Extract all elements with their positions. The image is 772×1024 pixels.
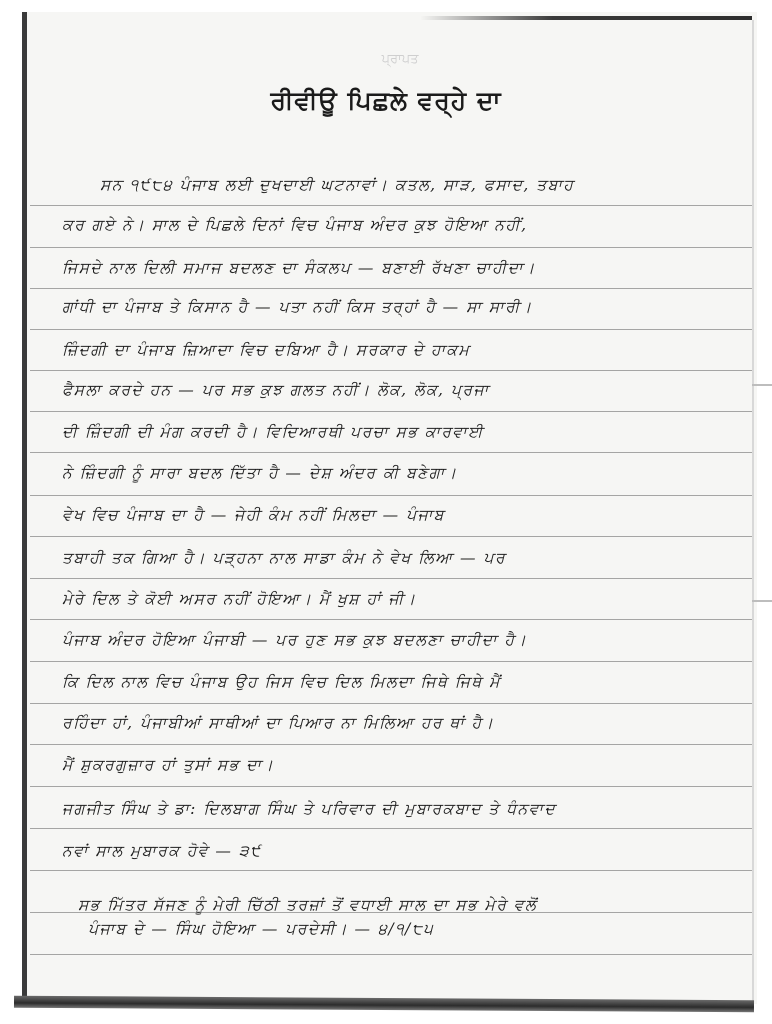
document-title: ਰੀਵੀਊ ਪਿਛਲੇ ਵਰ੍ਹੇ ਦਾ <box>0 86 772 116</box>
ruled-line <box>30 954 752 955</box>
ruled-line <box>30 661 752 662</box>
handwritten-line: ਕਰ ਗਏ ਨੇ। ਸਾਲ ਦੇ ਪਿਛਲੇ ਦਿਨਾਂ ਵਿਚ ਪੰਜਾਬ ਅ… <box>62 216 752 235</box>
handwritten-line: ਸਨ ੧੯੮੪ ਪੰਜਾਬ ਲਈ ਦੁਖਦਾਈ ਘਟਨਾਵਾਂ। ਕਤਲ, ਸਾ… <box>100 176 772 195</box>
ruled-line <box>30 411 752 412</box>
handwritten-line: ਨਵਾਂ ਸਾਲ ਮੁਬਾਰਕ ਹੋਵੇ — ੩੯ <box>62 842 752 861</box>
handwritten-line: ਜਿਸਦੇ ਨਾਲ ਦਿਲੀ ਸਮਾਜ ਬਦਲਣ ਦਾ ਸੰਕਲਪ — ਬਣਾਈ… <box>62 259 752 278</box>
ruled-line <box>30 288 752 289</box>
ruled-line <box>30 495 752 496</box>
handwritten-line: ਪੰਜਾਬ ਦੇ — ਸਿੰਘ ਹੋਇਆ — ਪਰਦੇਸੀ। — ੪/੧/੮੫ <box>88 920 772 939</box>
ruled-line <box>30 828 752 829</box>
handwritten-line: ਗਾਂਧੀ ਦਾ ਪੰਜਾਬ ਤੇ ਕਿਸਾਨ ਹੈ — ਪਤਾ ਨਹੀਂ ਕਿ… <box>62 298 752 317</box>
ruled-line <box>30 205 752 206</box>
handwritten-line: ਵੇਖ ਵਿਚ ਪੰਜਾਬ ਦਾ ਹੈ — ਜੇਹੀ ਕੰਮ ਨਹੀਂ ਮਿਲਦ… <box>62 506 752 525</box>
handwritten-line: ਨੇ ਜ਼ਿੰਦਗੀ ਨੂੰ ਸਾਰਾ ਬਦਲ ਦਿੱਤਾ ਹੈ — ਦੇਸ਼ … <box>62 464 752 483</box>
ruled-line <box>30 619 752 620</box>
handwritten-line: ਮੈਂ ਸ਼ੁਕਰਗੁਜ਼ਾਰ ਹਾਂ ਤੁਸਾਂ ਸਭ ਦਾ। <box>62 756 752 775</box>
scan-artifact-line <box>752 600 772 602</box>
handwritten-line: ਫੈਸਲਾ ਕਰਦੇ ਹਨ — ਪਰ ਸਭ ਕੁਝ ਗਲਤ ਨਹੀਂ। ਲੋਕ,… <box>62 381 752 400</box>
ruled-line <box>30 370 752 371</box>
handwritten-line: ਦੀ ਜ਼ਿੰਦਗੀ ਦੀ ਮੰਗ ਕਰਦੀ ਹੈ। ਵਿਦਿਆਰਥੀ ਪਰਚਾ… <box>62 423 752 442</box>
handwritten-line: ਤਬਾਹੀ ਤਕ ਗਿਆ ਹੈ। ਪੜ੍ਹਨਾ ਨਾਲ ਸਾਡਾ ਕੰਮ ਨੇ … <box>62 549 752 568</box>
handwritten-line: ਮੇਰੇ ਦਿਲ ਤੇ ਕੋਈ ਅਸਰ ਨਹੀਂ ਹੋਇਆ। ਮੈਂ ਖੁਸ਼ … <box>62 590 752 609</box>
handwritten-line: ਸਭ ਮਿੱਤਰ ਸੱਜਣ ਨੂੰ ਮੇਰੀ ਚਿੱਠੀ ਤਰਜ਼ਾਂ ਤੋਂ … <box>78 896 768 915</box>
handwritten-line: ਰਹਿੰਦਾ ਹਾਂ, ਪੰਜਾਬੀਆਂ ਸਾਥੀਆਂ ਦਾ ਪਿਆਰ ਨਾ ਮ… <box>62 714 752 733</box>
handwritten-line: ਜ਼ਿੰਦਗੀ ਦਾ ਪੰਜਾਬ ਜ਼ਿਆਦਾ ਵਿਚ ਦਬਿਆ ਹੈ। ਸਰਕ… <box>62 341 752 360</box>
ruled-line <box>30 536 752 537</box>
handwritten-line: ਕਿ ਦਿਲ ਨਾਲ ਵਿਚ ਪੰਜਾਬ ਉਹ ਜਿਸ ਵਿਚ ਦਿਲ ਮਿਲਦ… <box>62 673 752 692</box>
ruled-line <box>30 329 752 330</box>
handwritten-line: ਪੰਜਾਬ ਅੰਦਰ ਹੋਇਆ ਪੰਜਾਬੀ — ਪਰ ਹੁਣ ਸਭ ਕੁਝ ਬ… <box>62 631 752 650</box>
ruled-line <box>30 578 752 579</box>
ruled-line <box>30 744 752 745</box>
ruled-line <box>30 247 752 248</box>
scan-edge-right <box>752 20 754 1004</box>
ruled-line <box>30 786 752 787</box>
ruled-line <box>30 452 752 453</box>
ruled-line <box>30 703 752 704</box>
scan-artifact-line <box>752 384 772 386</box>
handwritten-line: ਜਗਜੀਤ ਸਿੰਘ ਤੇ ਡਾ: ਦਿਲਬਾਗ ਸਿੰਘ ਤੇ ਪਰਿਵਾਰ … <box>62 800 752 819</box>
faint-stamp: ਪ੍ਰਾਪਤ <box>330 52 470 74</box>
ruled-line <box>30 870 752 871</box>
scan-shadow-top <box>420 16 752 20</box>
